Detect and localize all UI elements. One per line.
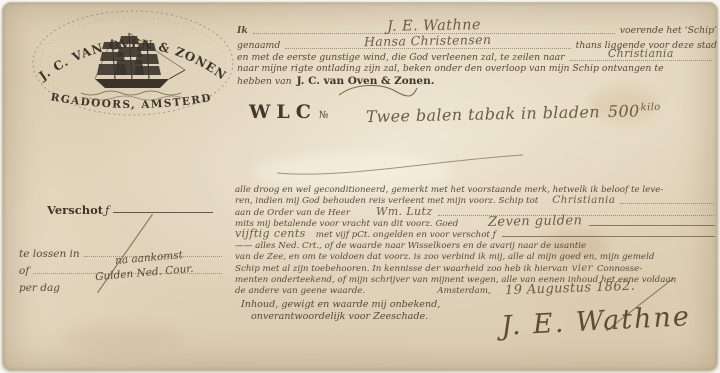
te-lossen-label: te lossen in [19,248,80,260]
verschot-label: Verschot [47,203,103,217]
dotted-rule [620,203,714,204]
solid-rule [589,225,715,226]
cargo-mark-code: WLC [249,101,317,123]
paragraph-line: —— alles Ned. Crt., of de waarde naar Wi… [235,240,719,251]
header-line-4: naar mijne rigte ontlading zijn zal, bek… [237,63,717,74]
printed-word-ik: Ik [237,25,248,36]
ship-name: Hansa Christensen [364,34,492,49]
paragraph-line: menten onderteekend, of mijn schrijver v… [235,274,719,285]
letterhead-emblem: J. C. VAN OVEN & ZONEN [29,9,237,117]
destination-blank: Christiania [570,44,712,61]
printed-text: de andere van geene waarde. [235,286,365,296]
header-line-5: hebben van J. C. van Oven & Zonen. [237,74,717,87]
printed-text: voerende het ‘Schip’ [620,25,717,36]
printed-text: Connosse- [597,264,642,274]
destination-handwritten: Christiania [552,194,615,206]
disclaimer-notes: Inhoud, gewigt en waarde mij onbekend, o… [241,299,440,323]
printed-text: —— alles Ned. Crt., of de waarde naar Wi… [235,241,586,251]
per-dag-label: per dag [19,282,60,294]
printed-word-genaamd: genaamd [237,40,280,51]
printed-text: naar mijne rigte ontlading zijn zal, bek… [237,63,664,74]
paragraph-line-place-date: de andere van geene waarde. Amsterdam, 1… [235,285,719,296]
numero-sign: № [319,110,328,123]
paragraph-line: aan de Order van de Heer Wm. Lutz [235,206,719,217]
paragraph-line: ren, indien mij God behouden reis verlee… [235,195,719,206]
printed-text: hebben van [237,76,292,87]
disclaimer-line-2: onverantwoordelijk voor Zeeschade. [251,311,440,323]
document-header: Ik J. E. Wathne voerende het ‘Schip’ gen… [237,10,717,87]
printed-text: met vijf pCt. ongelden en voor verschot … [316,230,496,240]
paragraph-line: Schip met al zijn toebehooren. In kennis… [235,262,719,273]
printed-text: en met de eerste gunstige wind, die God … [237,52,565,63]
company-letterhead: J. C. VAN OVEN & ZONEN [29,9,237,117]
consignee-name: Wm. Lutz [376,205,433,218]
solid-rule [502,236,715,237]
paragraph-line: alle droog en wel geconditioneerd, gemer… [235,184,719,195]
paper-sheet: J. C. VAN OVEN & ZONEN [2,2,718,371]
pen-squiggle [333,81,423,103]
disclaimer-line-1: Inhoud, gewigt en waarde mij onbekend, [241,299,440,311]
cargo-mark-row: WLC № Twee balen tabak in bladen500kilo [249,101,715,123]
printed-text: van de Zee, en om te voldoen dat voorz. … [235,252,654,262]
conditions-paragraph: alle droog en wel geconditioneerd, gemer… [235,184,719,296]
paragraph-line: mits mij betalende voor vracht van dit v… [235,218,719,229]
verschot-dash [113,212,213,213]
paragraph-line: vijftig cents met vijf pCt. ongelden en … [235,229,719,240]
pen-stroke-line [271,141,531,183]
of-label: of [19,265,29,277]
printed-text: Schip met al zijn toebehooren. In kennis… [235,264,568,274]
cargo-text: Twee balen tabak in bladen [366,102,600,126]
destination: Christiania [608,47,674,60]
cargo-quantity: 500 [608,101,640,121]
printed-text: aan de Order van de Heer [235,208,350,218]
verschot-field: Verschot ƒ [47,203,215,217]
paper-stain [63,323,183,353]
discharge-terms-block: te lossen in of per dag na aankomst Guld… [19,243,224,313]
header-line-3: en met de eerste gunstige wind, die God … [237,51,717,63]
paragraph-line: van de Zee, en om te voldoen dat voorz. … [235,251,719,262]
cargo-description: Twee balen tabak in bladen500kilo [366,101,661,126]
freight-cents: vijftig cents [235,227,306,240]
freight-guilders: Zeven gulden [488,213,583,230]
florin-sign: ƒ [105,204,109,217]
captain-signature: J. E. Wathne [500,301,691,342]
cargo-unit: kilo [641,102,661,113]
ship-name-blank: Hansa Christensen [285,32,570,49]
copies-count: vier [572,263,593,274]
place-label: Amsterdam, [437,286,491,296]
